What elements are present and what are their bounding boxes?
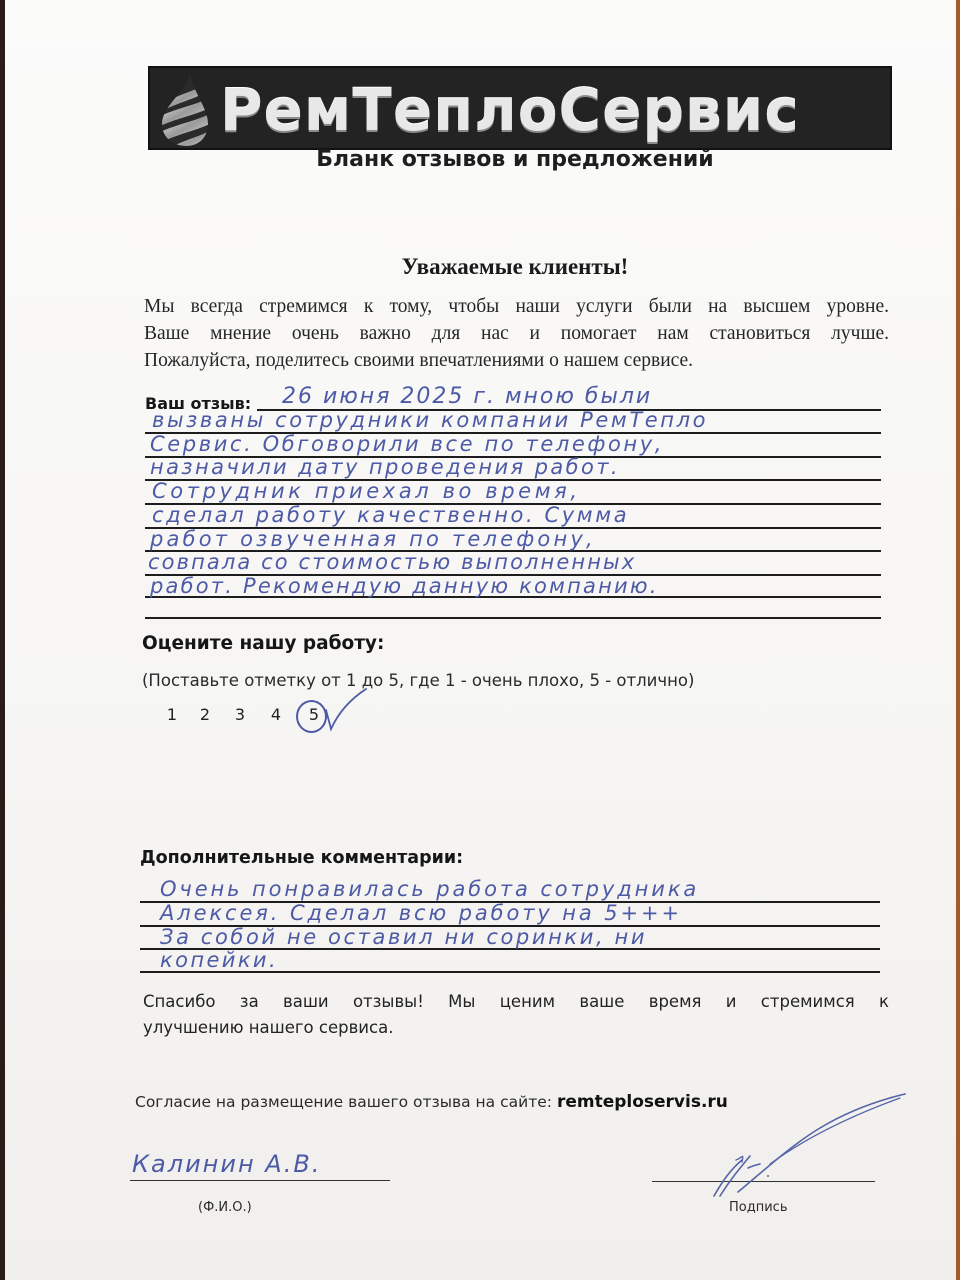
review-text-line: Сервис. Обговорили все по телефону, bbox=[150, 432, 664, 456]
intro-paragraph: Мы всегда стремимся к тому, чтобы наши у… bbox=[144, 293, 889, 374]
review-text-line: вызваны сотрудники компании РемТепло bbox=[152, 408, 708, 432]
review-line bbox=[145, 617, 881, 619]
rating-option-3[interactable]: 3 bbox=[230, 705, 250, 724]
brand-name: РемТеплоСервис bbox=[220, 70, 800, 150]
comment-text-line: копейки. bbox=[160, 948, 278, 972]
name-line[interactable] bbox=[130, 1180, 390, 1181]
signature-caption: Подпись bbox=[729, 1200, 787, 1215]
review-text-line: совпала со стоимостью выполненных bbox=[148, 550, 636, 574]
thanks-line: улучшению нашего сервиса. bbox=[143, 1015, 889, 1041]
photo-edge-right bbox=[956, 0, 960, 1280]
comment-text-line: Алексея. Сделал всю работу на 5+++ bbox=[160, 901, 682, 925]
comment-text-line: Очень понравилась работа сотрудника bbox=[160, 877, 699, 901]
company-logo: РемТеплоСервис bbox=[148, 66, 892, 150]
handwritten-signature-icon bbox=[700, 1090, 920, 1200]
form-title: Бланк отзывов и предложений bbox=[0, 147, 960, 172]
review-text-line: работ озвученная по телефону, bbox=[150, 527, 596, 551]
intro-line: Пожалуйста, поделитесь своими впечатлени… bbox=[144, 347, 889, 374]
greeting-heading: Уважаемые клиенты! bbox=[0, 254, 960, 280]
review-text-line: назначили дату проведения работ. bbox=[150, 455, 620, 479]
rating-option-2[interactable]: 2 bbox=[195, 705, 215, 724]
consent-text: Согласие на размещение вашего отзыва на … bbox=[135, 1093, 552, 1111]
comments-label: Дополнительные комментарии: bbox=[140, 848, 463, 868]
consent-statement: Согласие на размещение вашего отзыва на … bbox=[135, 1092, 728, 1112]
review-text-line: Сотрудник приехал во время, bbox=[152, 479, 581, 503]
name-handwritten: Калинин А.В. bbox=[132, 1150, 321, 1178]
rating-option-1[interactable]: 1 bbox=[162, 705, 182, 724]
thanks-line: Спасибо за ваши отзывы! Мы ценим ваше вр… bbox=[143, 989, 889, 1015]
intro-line: Ваше мнение очень важно для нас и помога… bbox=[144, 320, 889, 347]
rating-hint: (Поставьте отметку от 1 до 5, где 1 - оч… bbox=[142, 671, 694, 690]
thanks-paragraph: Спасибо за ваши отзывы! Мы ценим ваше вр… bbox=[143, 989, 889, 1041]
rating-label: Оцените нашу работу: bbox=[142, 633, 384, 654]
review-text-line: сделал работу качественно. Сумма bbox=[152, 503, 629, 527]
intro-line: Мы всегда стремимся к тому, чтобы наши у… bbox=[144, 293, 889, 320]
rating-option-4[interactable]: 4 bbox=[266, 705, 286, 724]
comment-text-line: За собой не оставил ни соринки, ни bbox=[160, 925, 647, 949]
droplet-logo-icon bbox=[156, 72, 212, 148]
review-text-line: 26 июня 2025 г. мною были bbox=[282, 384, 652, 409]
name-caption: (Ф.И.О.) bbox=[198, 1200, 252, 1215]
checkmark-icon bbox=[322, 688, 372, 733]
review-text-line: работ. Рекомендую данную компанию. bbox=[150, 574, 659, 598]
